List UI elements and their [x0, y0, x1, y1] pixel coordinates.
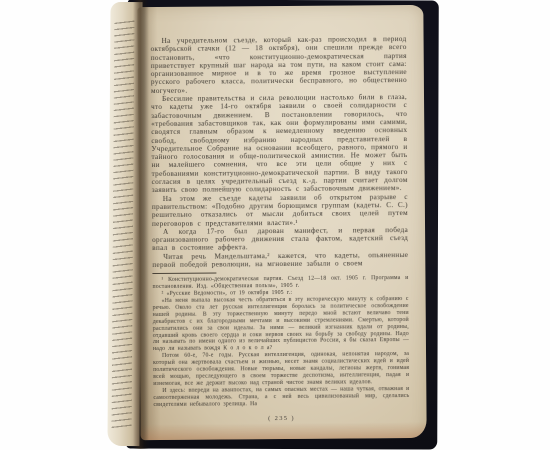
- footnote-quote-paragraph: «На меня выпала высокая честь обратиться…: [153, 296, 409, 353]
- book-photo: На учредительном съезде, который как-раз…: [0, 0, 550, 450]
- facing-page-text-lines: [112, 20, 135, 431]
- footnote-section: ¹ Конституционно-демократическая партия.…: [152, 275, 409, 408]
- footnote-rule: [152, 273, 216, 275]
- body-paragraph: На этом же съезде кадеты заявили об откр…: [152, 193, 408, 228]
- body-paragraph: Бессилие правительства и сила революции …: [151, 93, 408, 195]
- footnote-quote-paragraph: Потом 60-е, 70-е годы. Русская интеллиге…: [153, 351, 409, 388]
- book-page: На учредительном съезде, который как-раз…: [137, 5, 426, 440]
- body-text: На учредительном съезде, который как-раз…: [151, 35, 409, 269]
- page-content: На учредительном съезде, который как-раз…: [151, 35, 410, 423]
- body-paragraph: Читая речь Мандельштама,² кажется, что к…: [152, 251, 408, 270]
- gutter-shadow: [133, 0, 149, 449]
- footnote-quote-paragraph: И здесь: впереди на аванпостах, на самых…: [153, 386, 409, 409]
- page-number: ( 235 ): [154, 414, 410, 423]
- body-paragraph: А когда 17-го был дарован манифест, и пе…: [152, 226, 408, 253]
- body-paragraph: На учредительном съезде, который как-раз…: [151, 35, 407, 95]
